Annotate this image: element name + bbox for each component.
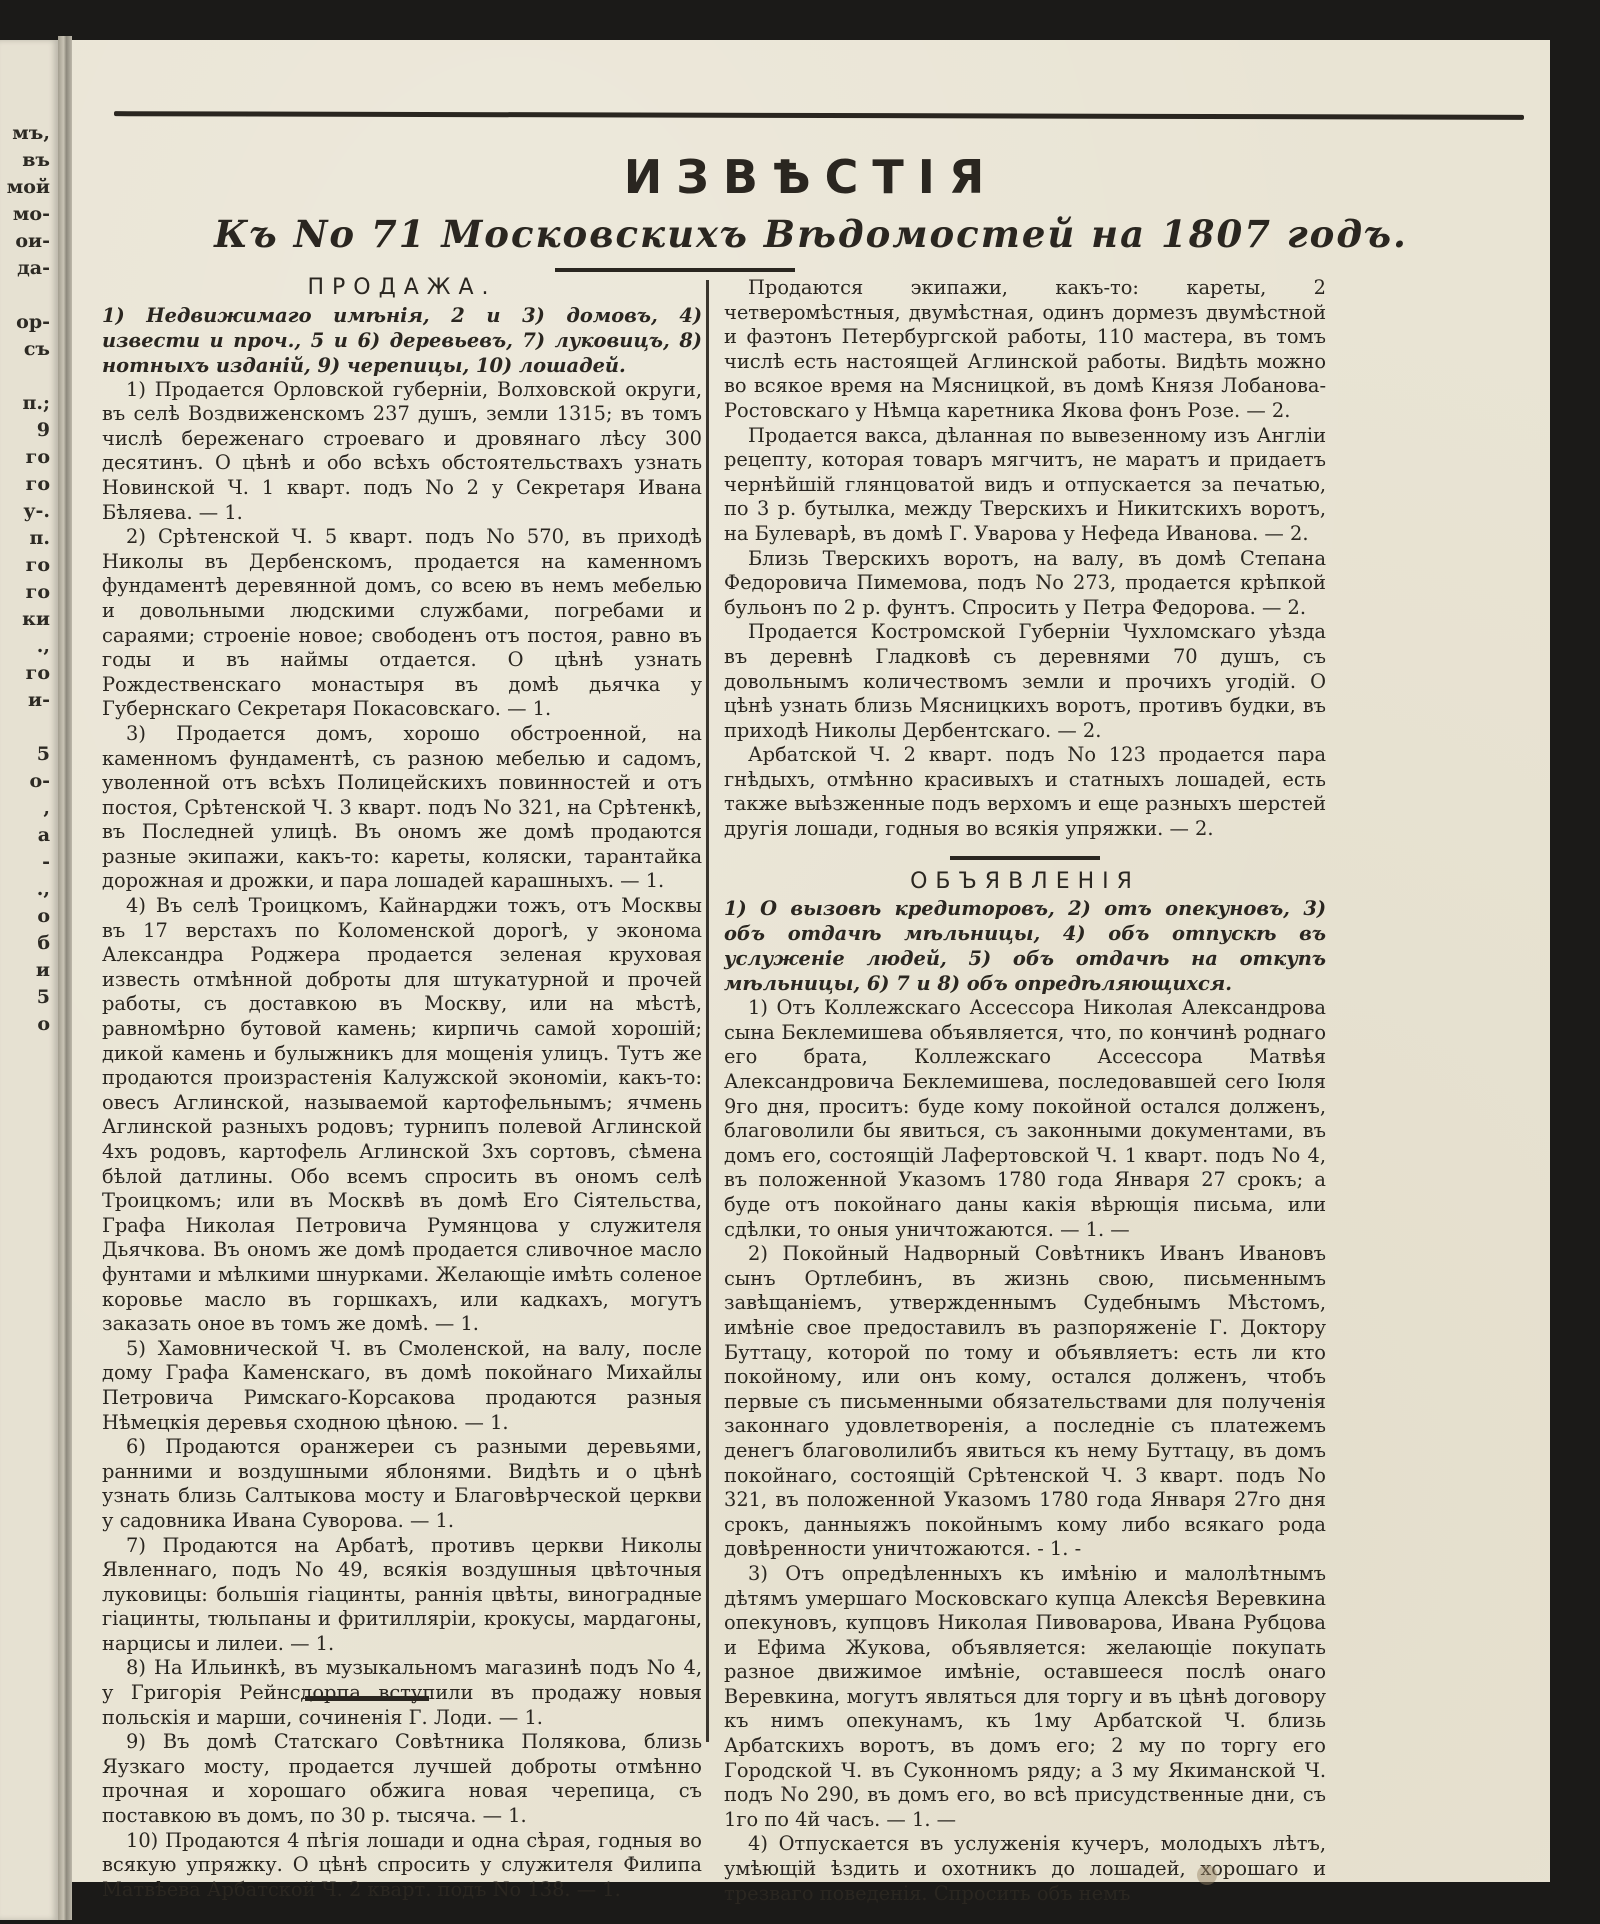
notice-listings: 1) Отъ Коллежскаго Ассессора Николая Але…	[724, 996, 1326, 1906]
sale-listing: 2) Срѣтенской Ч. 5 кварт. подъ No 570, в…	[102, 525, 702, 722]
masthead: ИЗВѢСТІЯ Къ No 71 Московскихъ Вѣдомостей…	[72, 150, 1550, 256]
prev-page-fragment: п.	[29, 525, 50, 551]
sale-listing: Близь Тверскихъ воротъ, на валу, въ домѣ…	[724, 547, 1326, 621]
sale-listing: 8) На Ильинкѣ, въ музыкальномъ магазинѣ …	[102, 1656, 702, 1730]
notice-listing: 2) Покойный Надворный Совѣтникъ Иванъ Ив…	[724, 1242, 1326, 1562]
sale-listing: Продается Костромской Губерніи Чухломска…	[724, 620, 1326, 743]
prev-page-fragment: мо-	[13, 201, 50, 227]
prev-page-fragment: го	[26, 660, 50, 686]
notice-listing: 1) Отъ Коллежскаго Ассессора Николая Але…	[724, 996, 1326, 1242]
notices-intro: 1) О вызовѣ кредиторовъ, 2) отъ опекунов…	[724, 896, 1326, 996]
prev-page-fragment: мъ,	[12, 120, 50, 146]
sale-listing: Продаются экипажи, какъ-то: кареты, 2 че…	[724, 276, 1326, 424]
prev-page-fragment: го	[26, 471, 50, 497]
prev-page-fragment: ки	[22, 606, 50, 632]
sale-listing: 10) Продаются 4 пѣгія лошади и одна сѣра…	[102, 1829, 702, 1903]
prev-page-fragment: о-	[29, 768, 50, 794]
prev-page-fragment: о	[37, 1011, 50, 1037]
prev-page-fragment: .,	[37, 876, 50, 902]
prev-page-fragment: а	[38, 822, 50, 848]
masthead-rule	[555, 268, 795, 272]
prev-page-fragment: го	[26, 552, 50, 578]
prev-page-fragment: да-	[17, 255, 50, 281]
section-rule	[950, 856, 1100, 860]
prev-page-fragment: у-.	[23, 498, 50, 524]
sale-listing: 1) Продается Орловской губерніи, Волховс…	[102, 378, 702, 526]
sale-listing: Арбатской Ч. 2 кварт. подъ No 123 продае…	[724, 743, 1326, 841]
top-rule	[114, 111, 1524, 120]
prev-page-fragment: 9	[37, 417, 50, 443]
section-title-sale: ПРОДАЖА.	[102, 276, 702, 301]
sale-listing: 3) Продается домъ, хорошо обстроенной, н…	[102, 722, 702, 894]
notice-listing: 4) Отпускается въ услуженія кучеръ, моло…	[724, 1832, 1326, 1906]
sale-listing: Продается вакса, дѣланная по вывезенному…	[724, 424, 1326, 547]
left-column: ПРОДАЖА. 1) Недвижимаго имѣнія, 2 и 3) д…	[102, 276, 702, 1902]
prev-page-fragment: и-	[28, 687, 50, 713]
prev-page-fragment: въ	[22, 147, 50, 173]
previous-page-edge: мъ,въмоймо-ои-да-ор-съп.;9гогоу-.п.гогок…	[0, 40, 58, 1920]
prev-page-fragment: и	[36, 957, 50, 983]
prev-page-fragment: го	[26, 444, 50, 470]
prev-page-fragment: мой	[7, 174, 50, 200]
column-divider	[706, 280, 709, 1742]
book-gutter	[58, 36, 72, 1920]
sale-listings: 1) Продается Орловской губерніи, Волховс…	[102, 378, 702, 1903]
prev-page-fragment: б	[37, 930, 50, 956]
prev-page-fragment: -	[42, 849, 50, 875]
sale-listings-continued: Продаются экипажи, какъ-то: кареты, 2 че…	[724, 276, 1326, 842]
prev-page-fragment: го	[26, 579, 50, 605]
sale-intro: 1) Недвижимаго имѣнія, 2 и 3) домовъ, 4)…	[102, 303, 702, 378]
prev-page-fragment: .,	[37, 633, 50, 659]
prev-page-fragment: 5	[37, 984, 50, 1010]
prev-page-fragment: ор-	[16, 309, 50, 335]
paper-stain	[1197, 1865, 1217, 1885]
prev-page-fragment: 5	[37, 741, 50, 767]
masthead-title: ИЗВѢСТІЯ	[72, 150, 1550, 204]
prev-page-fragment: ои-	[15, 228, 50, 254]
notice-listing: 3) Отъ опредѣленныхъ къ имѣнію и малолѣт…	[724, 1562, 1326, 1833]
masthead-subtitle: Къ No 71 Московскихъ Вѣдомостей на 1807 …	[72, 212, 1550, 256]
sale-listing: 4) Въ селѣ Троицкомъ, Кайнарджи тожъ, от…	[102, 894, 702, 1337]
newspaper-page: ИЗВѢСТІЯ Къ No 71 Московскихъ Вѣдомостей…	[72, 40, 1550, 1882]
prev-page-fragment: п.;	[22, 390, 50, 416]
sale-listing: 7) Продаются на Арбатѣ, противъ церкви Н…	[102, 1534, 702, 1657]
sale-listing: 6) Продаются оранжереи съ разными деревь…	[102, 1435, 702, 1533]
right-column: Продаются экипажи, какъ-то: кареты, 2 че…	[724, 276, 1326, 1906]
sale-listing: 5) Хамовнической Ч. въ Смоленской, на ва…	[102, 1337, 702, 1435]
sale-listing: 9) Въ домѣ Статскаго Совѣтника Полякова,…	[102, 1730, 702, 1828]
prev-page-fragment: съ	[24, 336, 50, 362]
end-rule	[305, 1696, 429, 1701]
section-title-notices: ОБЪЯВЛЕНІЯ	[724, 870, 1326, 895]
prev-page-fragment: о	[37, 903, 50, 929]
prev-page-fragment: ,	[43, 795, 50, 821]
